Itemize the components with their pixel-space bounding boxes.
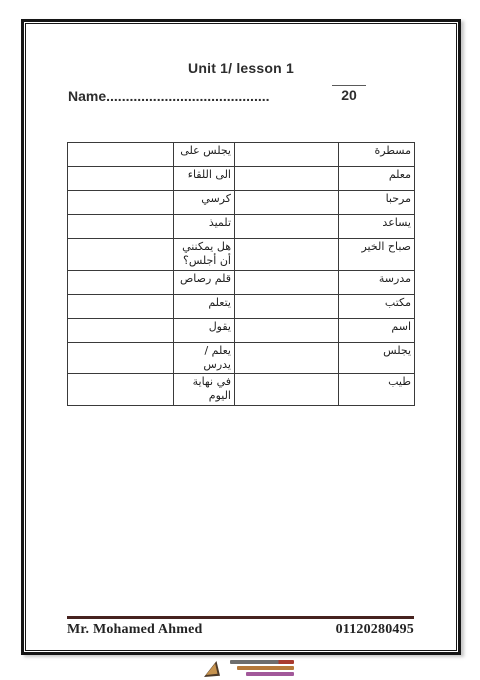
cell-answer-blank bbox=[235, 374, 339, 406]
publisher-logo bbox=[204, 657, 294, 679]
table-row: يقول اسم bbox=[68, 318, 415, 342]
cell-answer-blank bbox=[68, 215, 174, 239]
cell-answer-blank bbox=[235, 191, 339, 215]
worksheet-page: Unit 1/ lesson 1 Name...................… bbox=[0, 0, 480, 680]
teacher-name: Mr. Mohamed Ahmed bbox=[67, 622, 203, 638]
cell-answer-blank bbox=[235, 239, 339, 271]
cell-word-right: مسطرة bbox=[339, 143, 415, 167]
cell-word-middle: الى اللقاء bbox=[174, 167, 235, 191]
cell-word-right: معلم bbox=[339, 167, 415, 191]
cell-answer-blank bbox=[235, 342, 339, 374]
cell-answer-blank bbox=[68, 374, 174, 406]
cell-answer-blank bbox=[68, 294, 174, 318]
table-row: يتعلم مكتب bbox=[68, 294, 415, 318]
cell-word-right: يساعد bbox=[339, 215, 415, 239]
table-row: في نهاية اليوم طيب bbox=[68, 374, 415, 406]
table-row: يعلم /يدرس يجلس bbox=[68, 342, 415, 374]
cell-word-middle: تلميذ bbox=[174, 215, 235, 239]
score-total: 20 bbox=[332, 85, 366, 103]
cell-word-right: مكتب bbox=[339, 294, 415, 318]
table-row: كرسي مرحبا bbox=[68, 191, 415, 215]
vocab-table-container: يجلس على مسطرة الى اللقاء معلم كرسي bbox=[67, 142, 415, 406]
cell-answer-blank bbox=[68, 270, 174, 294]
unit-title: Unit 1/ lesson 1 bbox=[24, 60, 458, 76]
cell-word-middle: يتعلم bbox=[174, 294, 235, 318]
cell-answer-blank bbox=[68, 143, 174, 167]
table-row: هل يمكنني أن أجلس؟ صباح الخير bbox=[68, 239, 415, 271]
cell-answer-blank bbox=[235, 270, 339, 294]
page-border-frame: Unit 1/ lesson 1 Name...................… bbox=[21, 19, 461, 655]
cell-answer-blank bbox=[235, 143, 339, 167]
cell-answer-blank bbox=[235, 215, 339, 239]
name-line: Name....................................… bbox=[68, 88, 270, 104]
cell-word-right: طيب bbox=[339, 374, 415, 406]
cell-word-right: اسم bbox=[339, 318, 415, 342]
cell-answer-blank bbox=[68, 239, 174, 271]
table-row: تلميذ يساعد bbox=[68, 215, 415, 239]
cell-word-right: مرحبا bbox=[339, 191, 415, 215]
cell-word-middle: يعلم /يدرس bbox=[174, 342, 235, 374]
table-row: يجلس على مسطرة bbox=[68, 143, 415, 167]
cell-answer-blank bbox=[68, 342, 174, 374]
cell-answer-blank bbox=[68, 191, 174, 215]
cell-word-middle: قلم رصاص bbox=[174, 270, 235, 294]
cell-word-right: صباح الخير bbox=[339, 239, 415, 271]
cell-word-middle: يقول bbox=[174, 318, 235, 342]
footer: Mr. Mohamed Ahmed 01120280495 bbox=[67, 622, 414, 638]
phone-number: 01120280495 bbox=[336, 622, 414, 638]
table-row: الى اللقاء معلم bbox=[68, 167, 415, 191]
cell-answer-blank bbox=[235, 318, 339, 342]
cell-word-middle: كرسي bbox=[174, 191, 235, 215]
cell-word-right: مدرسة bbox=[339, 270, 415, 294]
table-row: قلم رصاص مدرسة bbox=[68, 270, 415, 294]
cell-word-middle: هل يمكنني أن أجلس؟ bbox=[174, 239, 235, 271]
publisher-logo-text-lines bbox=[223, 660, 294, 676]
cell-answer-blank bbox=[68, 318, 174, 342]
footer-divider bbox=[67, 616, 414, 619]
cell-word-middle: يجلس على bbox=[174, 143, 235, 167]
cell-answer-blank bbox=[68, 167, 174, 191]
publisher-sail-icon bbox=[204, 661, 220, 677]
cell-word-middle: في نهاية اليوم bbox=[174, 374, 235, 406]
cell-answer-blank bbox=[235, 167, 339, 191]
vocab-table: يجلس على مسطرة الى اللقاء معلم كرسي bbox=[67, 142, 415, 406]
cell-answer-blank bbox=[235, 294, 339, 318]
cell-word-right: يجلس bbox=[339, 342, 415, 374]
